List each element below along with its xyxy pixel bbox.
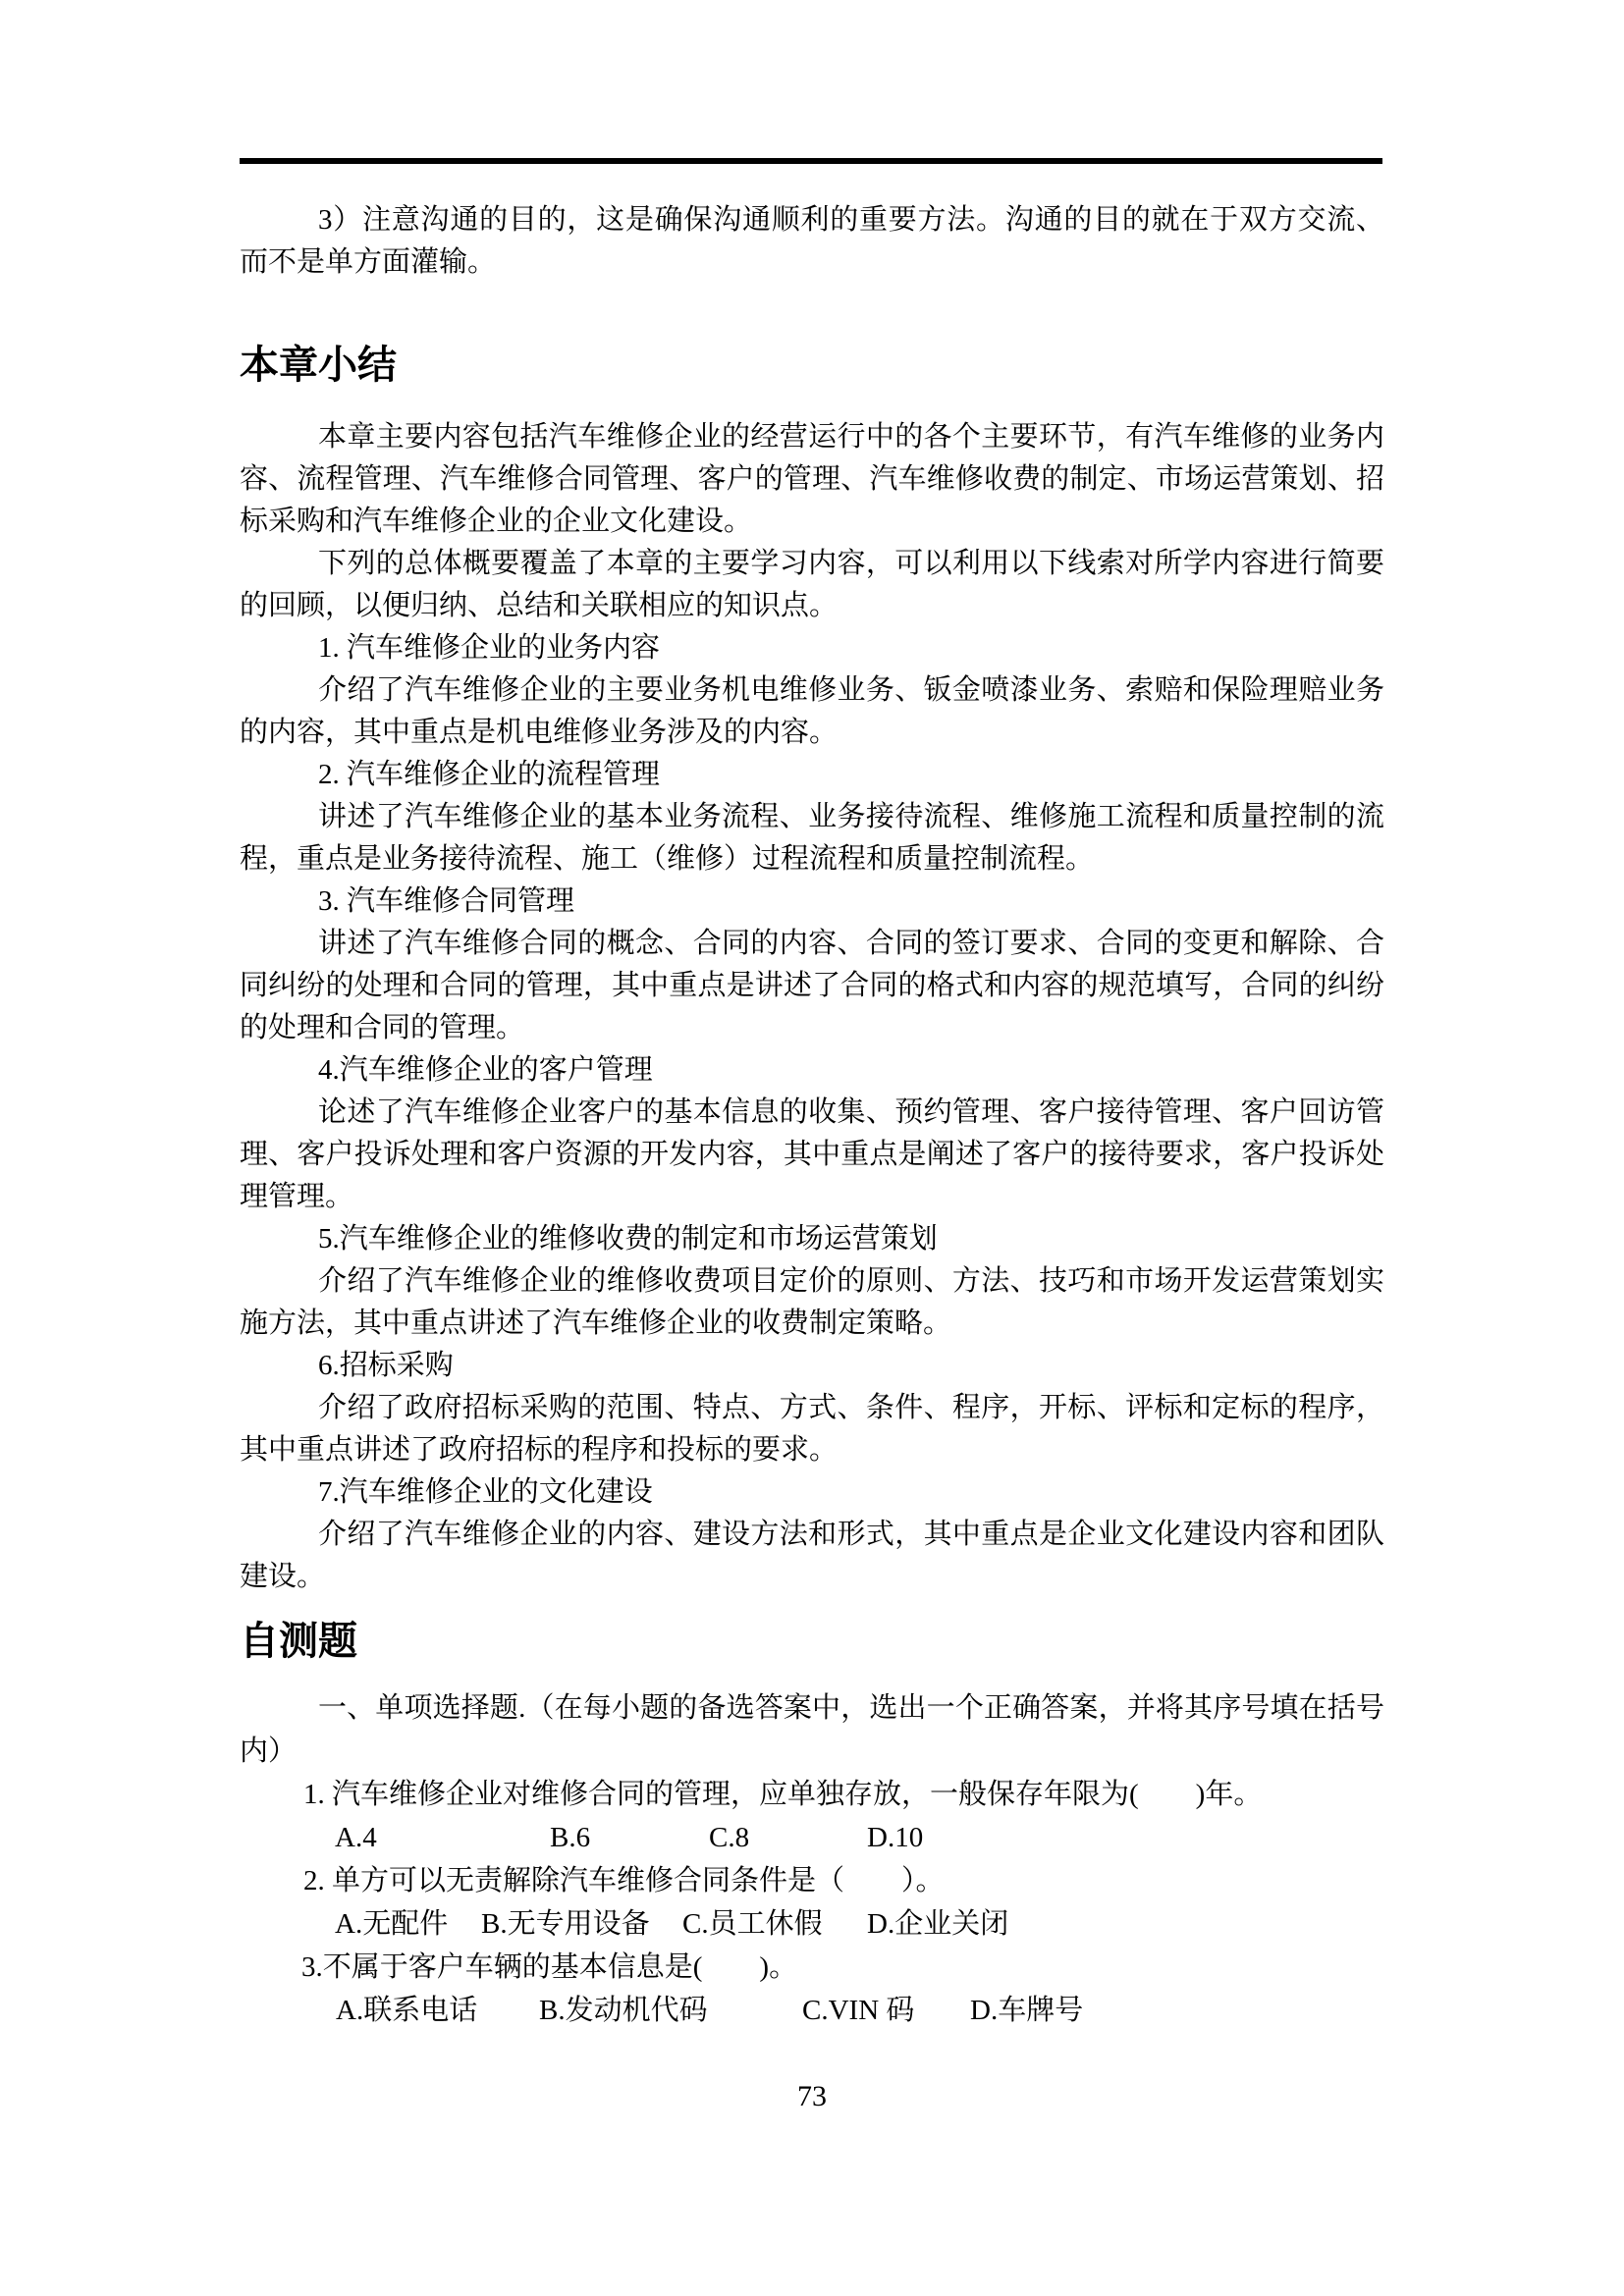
list-item-heading: 2. 汽车维修企业的流程管理 [240,754,1384,796]
option: A.联系电话 [336,1989,477,2032]
option: B.6 [550,1816,590,1859]
list-item-heading: 1. 汽车维修企业的业务内容 [240,627,1384,669]
document-page: 3）注意沟通的目的，这是确保沟通顺利的重要方法。沟通的目的就在于双方交流、而不是… [0,0,1624,2296]
paragraph: 介绍了政府招标采购的范围、特点、方式、条件、程序，开标、评标和定标的程序，其中重… [240,1387,1384,1471]
intro-block: 3）注意沟通的目的，这是确保沟通顺利的重要方法。沟通的目的就在于双方交流、而不是… [240,199,1384,284]
option: C.8 [709,1816,749,1859]
paragraph: 论述了汽车维修企业客户的基本信息的收集、预约管理、客户接待管理、客户回访管理、客… [240,1092,1384,1218]
option: D.车牌号 [970,1989,1083,2032]
list-item-heading: 3. 汽车维修合同管理 [240,881,1384,923]
question-text: 2. 单方可以无责解除汽车维修合同条件是（ ）。 [240,1859,1384,1902]
option: C.员工休假 [682,1902,823,1946]
paragraph: 介绍了汽车维修企业的维修收费项目定价的原则、方法、技巧和市场开发运营策划实施方法… [240,1260,1384,1345]
list-item-heading: 7.汽车维修企业的文化建设 [240,1471,1384,1514]
option: A.无配件 [335,1902,448,1946]
chapter-summary-block: 本章主要内容包括汽车维修企业的经营运行中的各个主要环节，有汽车维修的业务内容、流… [240,416,1384,1598]
paragraph: 本章主要内容包括汽车维修企业的经营运行中的各个主要环节，有汽车维修的业务内容、流… [240,416,1384,543]
option: C.VIN 码 [802,1989,914,2032]
list-item-heading: 5.汽车维修企业的维修收费的制定和市场运营策划 [240,1218,1384,1260]
self-test-block: 一、单项选择题.（在每小题的备选答案中，选出一个正确答案，并将其序号填在括号内）… [240,1686,1384,2032]
option: B.无专用设备 [481,1902,650,1946]
question-text: 1. 汽车维修企业对维修合同的管理，应单独存放，一般保存年限为( )年。 [240,1773,1384,1816]
option: B.发动机代码 [539,1989,708,2032]
paragraph: 下列的总体概要覆盖了本章的主要学习内容，可以利用以下线索对所学内容进行简要的回顾… [240,543,1384,627]
question-text: 3.不属于客户车辆的基本信息是( )。 [240,1946,1384,1989]
option: D.10 [867,1816,923,1859]
paragraph: 介绍了汽车维修企业的内容、建设方法和形式，其中重点是企业文化建设内容和团队建设。 [240,1514,1384,1598]
list-item-heading: 6.招标采购 [240,1345,1384,1387]
paragraph: 讲述了汽车维修企业的基本业务流程、业务接待流程、维修施工流程和质量控制的流程，重… [240,796,1384,881]
question-options-row: A.4 B.6 C.8 D.10 [240,1816,1384,1859]
option: D.企业关闭 [867,1902,1008,1946]
page-number: 73 [0,2079,1624,2114]
paragraph: 3）注意沟通的目的，这是确保沟通顺利的重要方法。沟通的目的就在于双方交流、而不是… [240,199,1384,284]
question-options-row: A.无配件 B.无专用设备 C.员工休假 D.企业关闭 [240,1902,1384,1946]
section-heading-self-test: 自测题 [240,1618,357,1665]
paragraph: 讲述了汽车维修合同的概念、合同的内容、合同的签订要求、合同的变更和解除、合同纠纷… [240,923,1384,1049]
header-rule [240,158,1382,164]
option: A.4 [335,1816,377,1859]
self-test-instructions: 一、单项选择题.（在每小题的备选答案中，选出一个正确答案，并将其序号填在括号内） [240,1686,1384,1773]
section-heading-chapter-summary: 本章小结 [240,342,397,389]
list-item-heading: 4.汽车维修企业的客户管理 [240,1049,1384,1092]
paragraph: 介绍了汽车维修企业的主要业务机电维修业务、钣金喷漆业务、索赔和保险理赔业务的内容… [240,669,1384,754]
question-options-row: A.联系电话 B.发动机代码 C.VIN 码 D.车牌号 [240,1989,1384,2032]
